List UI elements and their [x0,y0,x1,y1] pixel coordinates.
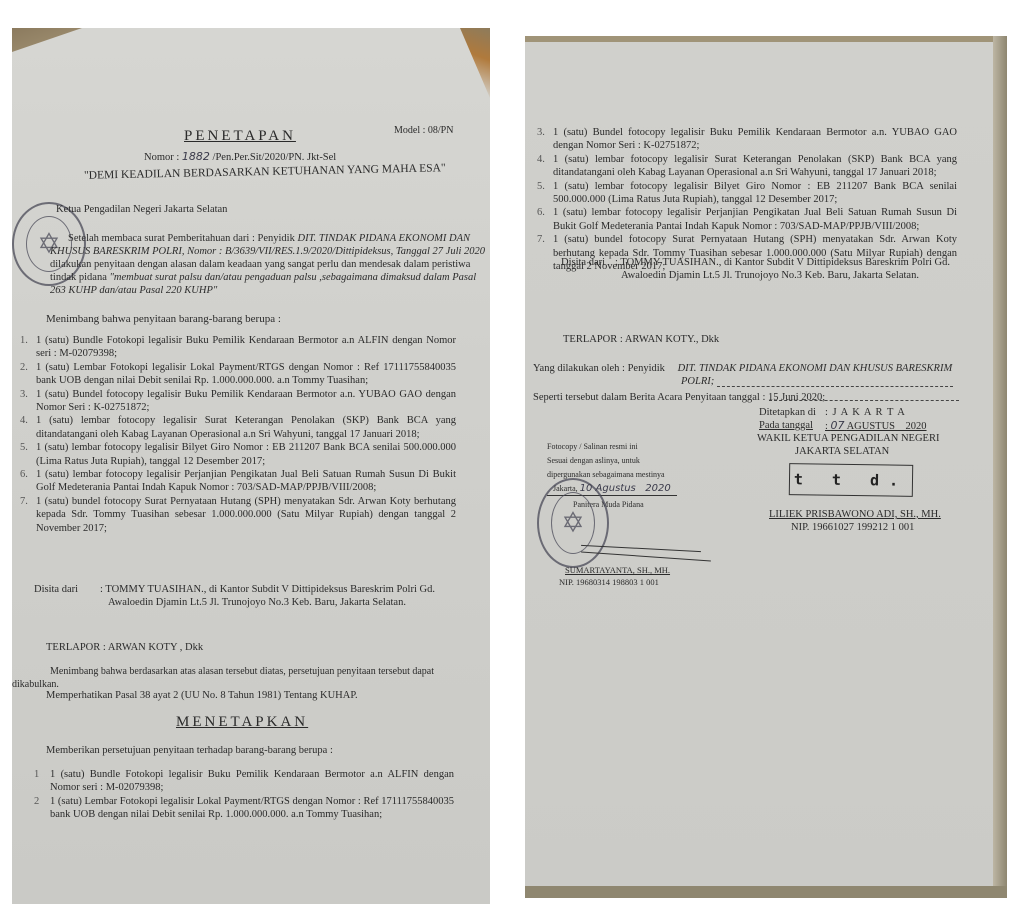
date-day-handwritten: 07 [831,419,845,432]
item-text: 1 (satu) lembar fotocopy legalisir Perja… [553,207,957,231]
paper-edge [993,36,1007,898]
dash-rule [769,400,959,401]
item-number: 7. [537,233,545,246]
list-item: 11 (satu) Bundle Fotokopi legalisir Buku… [34,768,454,795]
para1-line4: tindak pidana "membuat surat palsu dan/a… [50,271,476,284]
item-number: 1 [34,768,39,781]
terlapor: TERLAPOR : ARWAN KOTY , Dkk [46,641,203,654]
dilakukan-label: Yang dilakukan oleh : Penyidik [533,363,665,374]
copy-note-2: Sesuai dengan aslinya, untuk [547,454,640,467]
disita-label: Disita dari [561,256,605,269]
paper-edge [525,886,1007,898]
signer-nip: NIP. 19661027 199212 1 001 [791,521,914,534]
item-number: 5. [537,180,545,193]
pada-tanggal-value: : 07 AGUSTUS 2020 [825,419,927,433]
item-text: 1 (satu) bundel fotocopy Surat Pernyataa… [36,496,456,534]
dilakukan-italic: DIT. TINDAK PIDANA EKONOMI DAN KHUSUS BA… [678,363,953,374]
page-title: PENETAPAN [184,128,296,145]
list-item: 1.1 (satu) Bundle Fotokopi legalisir Buk… [20,334,456,361]
para1-line1: Setelah membaca surat Pemberitahuan dari… [68,232,470,245]
court-name: Ketua Pengadilan Negeri Jakarta Selatan [56,203,227,216]
item-number: 3. [20,388,28,401]
item-number: 6. [20,468,28,481]
disita-line2: Awaloedin Djamin Lt.5 Jl. Trunojoyo No.3… [108,596,406,609]
dash-rule [717,386,953,387]
disita-line2: Awaloedin Djamin Lt.5 Jl. Trunojoyo No.3… [621,269,919,282]
item-text: 1 (satu) lembar fotocopy legalisir Surat… [36,415,456,439]
copy-note-1: Fotocopy / Salinan resmi ini [547,440,638,453]
item-text: 1 (satu) lembar fotocopy legalisir Bilye… [553,181,957,205]
list-item: 4.1 (satu) lembar fotocopy legalisir Sur… [537,153,957,180]
list-item: 5.1 (satu) lembar fotocopy legalisir Bil… [20,441,456,468]
ditetapkan-label: Ditetapkan di [759,406,816,419]
para1-prefix: Setelah membaca surat Pemberitahuan dari… [68,233,295,244]
list-item: 6.1 (satu) lembar fotocopy legalisir Per… [537,206,957,233]
nomor-handwritten: 1882 [182,150,210,163]
disita-line1: : TOMMY TUASIHAN., di Kantor Subdit V Di… [615,256,950,269]
model-code: Model : 08/PN [394,124,453,137]
pada-tanggal-label: Pada tanggal [759,419,813,432]
dilakukan-line1: Yang dilakukan oleh : Penyidik DIT. TIND… [533,362,952,375]
list-item: 2.1 (satu) Lembar Fotokopi legalisir Lok… [20,361,456,388]
list-item: 3.1 (satu) Bundel fotocopy legalisir Buk… [20,388,456,415]
signature-box: t t d. [789,463,913,497]
memberikan: Memberikan persetujuan penyitaan terhada… [46,744,333,757]
item-number: 7. [20,495,28,508]
approved-items-list: 11 (satu) Bundle Fotokopi legalisir Buku… [34,768,454,822]
item-text: 1 (satu) lembar fotocopy legalisir Perja… [36,469,456,493]
para1-line2: KHUSUS BARESKRIM POLRI, Nomor : B/3639/V… [50,245,485,258]
dilakukan-line2: POLRI; [681,375,714,388]
nomor-line: Nomor : 1882 /Pen.Per.Sit/2020/PN. Jkt-S… [144,150,336,164]
terlapor: TERLAPOR : ARWAN KOTY., Dkk [563,333,719,346]
signer-title-2: JAKARTA SELATAN [795,445,889,458]
item-number: 5. [20,441,28,454]
item-text: 1 (satu) lembar fotocopy legalisir Surat… [553,154,957,178]
item-text: 1 (satu) Bundel fotocopy legalisir Buku … [36,389,456,413]
item-number: 4. [20,414,28,427]
item-number: 2 [34,795,39,808]
para1-italic: DIT. TINDAK PIDANA EKONOMI DAN [297,233,470,244]
item-text: 1 (satu) Lembar Fotokopi legalisir Lokal… [36,362,456,386]
disita-label: Disita dari [34,583,78,596]
item-text: 1 (satu) Bundel fotocopy legalisir Buku … [553,127,957,151]
nomor-label: Nomor : [144,152,179,163]
clerk-nip: NIP. 19680314 198803 1 001 [559,576,659,589]
court-seal-stamp: ✡ [537,478,609,568]
berita-acara: Seperti tersebut dalam Berita Acara Peny… [533,391,825,404]
nomor-suffix: /Pen.Per.Sit/2020/PN. Jkt-Sel [213,152,337,163]
item-text: 1 (satu) Bundle Fotokopi legalisir Buku … [50,769,454,793]
signer-name: LILIEK PRISBAWONO ADI, SH., MH. [769,508,941,521]
date-month-year: AGUSTUS 2020 [847,421,927,432]
list-item: 21 (satu) Lembar Fotokopi legalisir Loka… [34,795,454,822]
para1-line3: dilakukan penyitaan dengan alasan dalam … [50,258,470,271]
seized-items-list: 1.1 (satu) Bundle Fotokopi legalisir Buk… [20,334,456,535]
menetapkan-title: MENETAPKAN [176,714,308,731]
para1-line4-prefix: tindak pidana [50,272,107,283]
memperhatikan: Memperhatikan Pasal 38 ayat 2 (UU No. 8 … [46,689,358,702]
list-item: 6.1 (satu) lembar fotocopy legalisir Per… [20,468,456,495]
list-item: 4.1 (satu) lembar fotocopy legalisir Sur… [20,414,456,441]
item-number: 3. [537,126,545,139]
list-item: 3.1 (satu) Bundel fotocopy legalisir Buk… [537,126,957,153]
item-text: 1 (satu) lembar fotocopy legalisir Bilye… [36,442,456,466]
list-item: 7.1 (satu) bundel fotocopy Surat Pernyat… [20,495,456,535]
seized-items-list-continued: 3.1 (satu) Bundel fotocopy legalisir Buk… [537,126,957,273]
menimbang-intro: Menimbang bahwa penyitaan barang-barang … [46,313,281,326]
item-number: 1. [20,334,28,347]
document-photo-page-2: 3.1 (satu) Bundel fotocopy legalisir Buk… [525,36,1007,898]
list-item: 5.1 (satu) lembar fotocopy legalisir Bil… [537,180,957,207]
item-text: 1 (satu) Bundle Fotokopi legalisir Buku … [36,335,456,359]
document-photo-page-1: Model : 08/PN PENETAPAN Nomor : 1882 /Pe… [12,28,490,904]
item-number: 2. [20,361,28,374]
menimbang2-line1: Menimbang bahwa berdasarkan atas alasan … [50,665,434,678]
para1-line5: 263 KUHP dan/atau Pasal 220 KUHP" [50,284,217,297]
item-text: 1 (satu) Lembar Fotokopi legalisir Lokal… [50,796,454,820]
item-number: 6. [537,206,545,219]
para1-line4-italic: "membuat surat palsu dan/atau pengaduan … [109,272,476,283]
signer-title-1: WAKIL KETUA PENGADILAN NEGERI [757,432,939,445]
ditetapkan-value: : J A K A R T A [825,406,906,419]
disita-line1: : TOMMY TUASIHAN., di Kantor Subdit V Di… [100,583,435,596]
item-number: 4. [537,153,545,166]
